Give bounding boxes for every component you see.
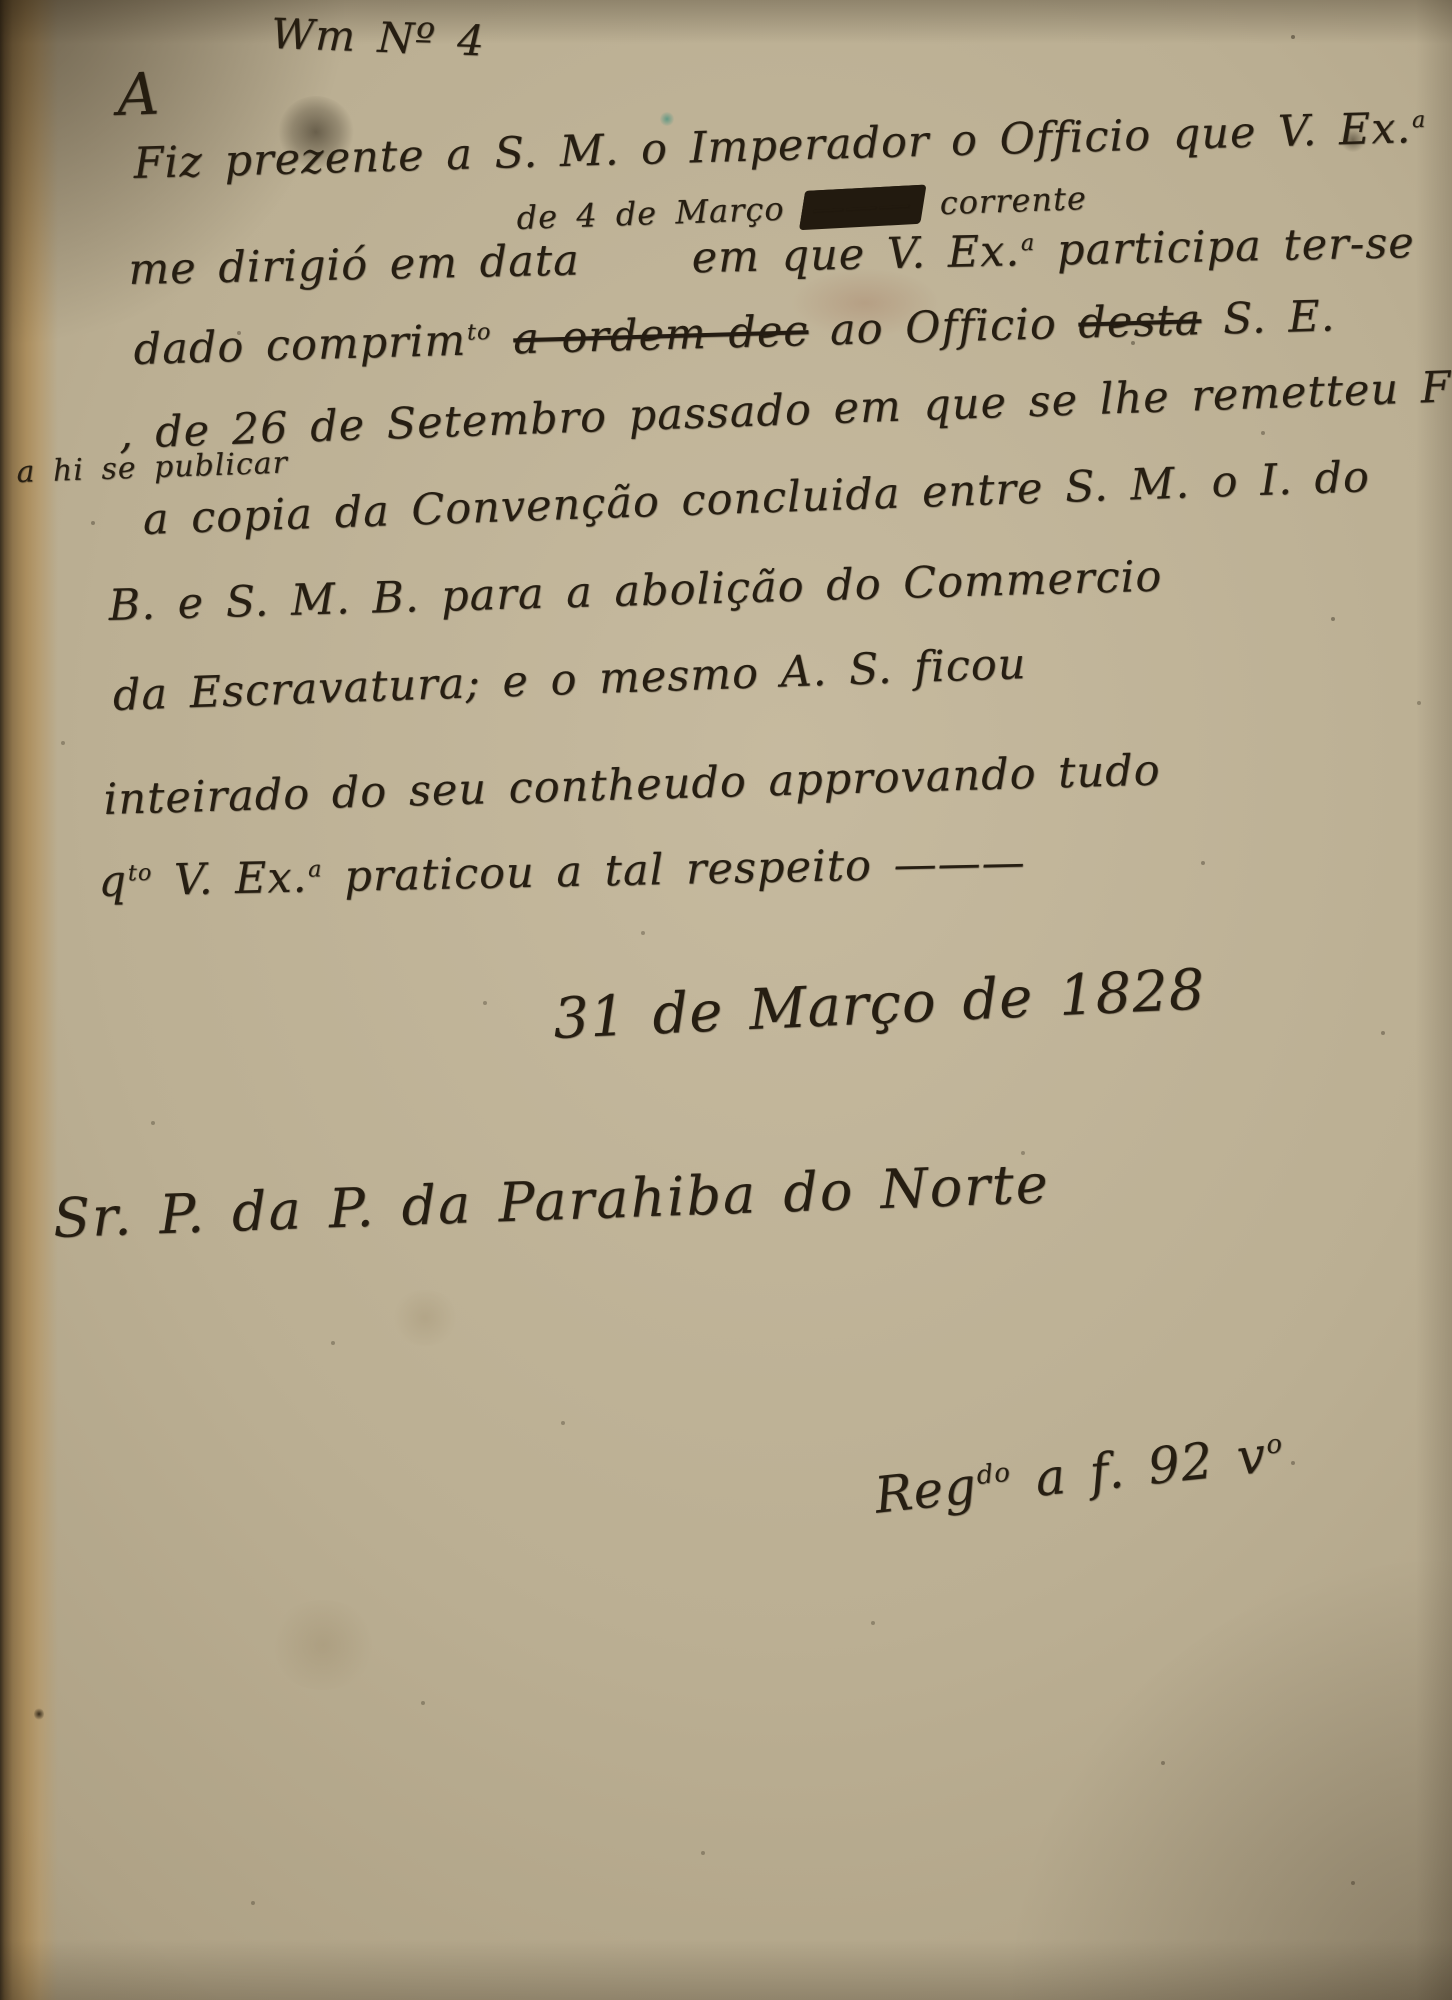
text-segment: , de 26 de Setembro passado em que se lh… xyxy=(118,362,1452,459)
manuscript-line: qto V. Ex.a praticou a tal respeito ——— xyxy=(98,839,1026,908)
text-segment: Fiz prezente a S. M. o Imperador o Offic… xyxy=(133,103,1412,189)
manuscript-line: me dirigió em dataem que V. Ex.a partici… xyxy=(128,219,1415,295)
text-segment: a ordem dec xyxy=(513,306,810,364)
text-segment: de 4 de Março xyxy=(516,189,803,237)
text-segment: to xyxy=(128,860,153,887)
manuscript-page: Wm Nº 4 A Fiz prezente a S. M. o Imperad… xyxy=(0,0,1452,2000)
text-segment: Reg xyxy=(872,1456,980,1524)
manuscript-line: B. e S. M. B. para a abolição do Commerc… xyxy=(108,553,1163,632)
date-line: 31 de Março de 1828 xyxy=(552,958,1207,1052)
paper-stain xyxy=(268,1600,378,1690)
text-segment: dado comprim xyxy=(133,316,467,375)
text-segment: ao Officio xyxy=(808,299,1079,357)
text-segment: praticou a tal respeito ——— xyxy=(322,838,1026,903)
text-segment: B. e S. M. B. para a abolição do Commerc… xyxy=(108,552,1163,631)
manuscript-line: , de 26 de Setembro passado em que se lh… xyxy=(118,363,1452,459)
manuscript-line: a copia da Convenção concluida entre S. … xyxy=(142,453,1371,545)
text-segment: do xyxy=(975,1458,1012,1491)
docket-annotation: Wm Nº 4 xyxy=(270,10,485,66)
manuscript-line: da Escravatura; e o mesmo A. S. ficou xyxy=(112,640,1027,721)
text-segment: inteirado do seu contheudo approvando tu… xyxy=(103,745,1161,825)
text-segment: participa ter-se xyxy=(1035,218,1415,276)
manuscript-line: inteirado do seu contheudo approvando tu… xyxy=(103,746,1161,825)
salutation: A xyxy=(116,61,161,129)
text-segment: S. E. xyxy=(1201,291,1336,345)
text-segment: a f. 92 v xyxy=(1009,1426,1270,1510)
text-segment xyxy=(491,314,514,365)
text-segment: corrente xyxy=(921,179,1088,223)
text-segment: a xyxy=(308,856,323,882)
text-segment: da Escravatura; e o mesmo A. S. ficou xyxy=(112,639,1027,721)
margin-note: a hi se publicar xyxy=(16,447,289,491)
text-segment: a xyxy=(1412,107,1427,133)
text-segment: ——— xyxy=(800,185,925,228)
manuscript-line: Fiz prezente a S. M. o Imperador o Offic… xyxy=(133,104,1427,190)
paper-stain xyxy=(390,1290,460,1346)
text-segment: a copia da Convenção concluida entre S. … xyxy=(142,452,1371,545)
manuscript-line: dado comprimto a ordem dec ao Officio de… xyxy=(133,292,1336,375)
text-segment: o xyxy=(1265,1429,1285,1461)
text-segment: to xyxy=(467,319,492,346)
text-segment: a xyxy=(1021,230,1036,256)
paper-speckles xyxy=(0,0,2,2)
text-segment: desta xyxy=(1078,295,1202,348)
text-segment: q xyxy=(98,856,128,907)
text-segment: V. Ex. xyxy=(152,853,308,906)
binding-edge xyxy=(0,0,58,2000)
text-segment: em que V. Ex. xyxy=(691,226,1020,283)
registration-note: Regdo a f. 92 vo xyxy=(872,1425,1287,1525)
addressee-line: Sr. P. da P. da Parahiba do Norte xyxy=(52,1153,1051,1250)
text-segment: me dirigió em data xyxy=(128,236,580,295)
